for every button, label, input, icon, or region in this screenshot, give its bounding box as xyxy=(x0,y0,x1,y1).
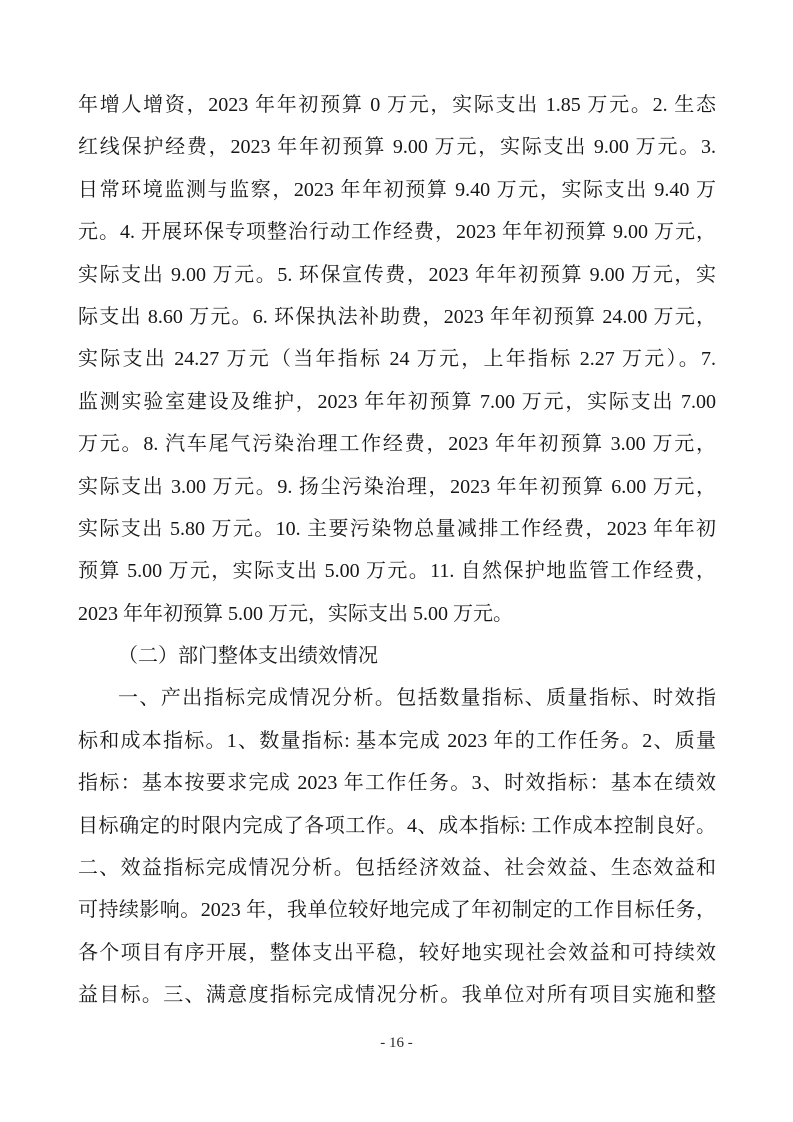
text-line: 二、效益指标完成情况分析。包括经济效益、社会效益、生态效益和 xyxy=(78,847,716,889)
text-line: 实际支出 9.00 万元。5. 环保宣传费，2023 年年初预算 9.00 万元… xyxy=(78,254,716,296)
text-line: 预算 5.00 万元，实际支出 5.00 万元。11. 自然保护地监管工作经费， xyxy=(78,550,716,592)
text-line: 一、产出指标完成情况分析。包括数量指标、质量指标、时效指 xyxy=(78,677,716,719)
text-line: 益目标。三、满意度指标完成情况分析。我单位对所有项目实施和整 xyxy=(78,974,716,1016)
text-line: 实际支出 5.80 万元。10. 主要污染物总量减排工作经费，2023 年年初 xyxy=(78,508,716,550)
section-heading-department-performance: （二）部门整体支出绩效情况 xyxy=(78,635,716,677)
text-line: 年增人增资，2023 年年初预算 0 万元，实际支出 1.85 万元。2. 生态 xyxy=(78,84,716,126)
text-line: 指标：基本按要求完成 2023 年工作任务。3、时效指标：基本在绩效 xyxy=(78,762,716,804)
text-line: 际支出 8.60 万元。6. 环保执法补助费，2023 年年初预算 24.00 … xyxy=(78,296,716,338)
paragraph-project-expenditure-items: 年增人增资，2023 年年初预算 0 万元，实际支出 1.85 万元。2. 生态… xyxy=(78,84,716,635)
text-line: 实际支出 24.27 万元（当年指标 24 万元，上年指标 2.27 万元）。7… xyxy=(78,338,716,380)
text-line: 红线保护经费，2023 年年初预算 9.00 万元，实际支出 9.00 万元。3… xyxy=(78,126,716,168)
text-line: 可持续影响。2023 年，我单位较好地完成了年初制定的工作目标任务， xyxy=(78,889,716,931)
text-line: 实际支出 3.00 万元。9. 扬尘污染治理，2023 年年初预算 6.00 万… xyxy=(78,466,716,508)
text-line: 万元。8. 汽车尾气污染治理工作经费，2023 年年初预算 3.00 万元， xyxy=(78,423,716,465)
page-footer: - 16 - xyxy=(0,1032,793,1054)
text-line: 标和成本指标。1、数量指标: 基本完成 2023 年的工作任务。2、质量 xyxy=(78,720,716,762)
text-line: 元。4. 开展环保专项整治行动工作经费，2023 年年初预算 9.00 万元， xyxy=(78,211,716,253)
text-line: 日常环境监测与监察，2023 年年初预算 9.40 万元，实际支出 9.40 万 xyxy=(78,169,716,211)
text-line: 2023 年年初预算 5.00 万元，实际支出 5.00 万元。 xyxy=(78,593,716,635)
paragraph-indicator-completion-analysis: 一、产出指标完成情况分析。包括数量指标、质量指标、时效指标和成本指标。1、数量指… xyxy=(78,677,716,1016)
heading-line: （二）部门整体支出绩效情况 xyxy=(78,635,716,677)
page-number: - 16 - xyxy=(380,1035,413,1051)
text-line: 目标确定的时限内完成了各项工作。4、成本指标: 工作成本控制良好。 xyxy=(78,805,716,847)
text-line: 监测实验室建设及维护，2023 年年初预算 7.00 万元，实际支出 7.00 xyxy=(78,381,716,423)
document-page: 年增人增资，2023 年年初预算 0 万元，实际支出 1.85 万元。2. 生态… xyxy=(0,0,793,1122)
text-line: 各个项目有序开展，整体支出平稳，较好地实现社会效益和可持续效 xyxy=(78,932,716,974)
page-body: 年增人增资，2023 年年初预算 0 万元，实际支出 1.85 万元。2. 生态… xyxy=(78,84,716,1017)
